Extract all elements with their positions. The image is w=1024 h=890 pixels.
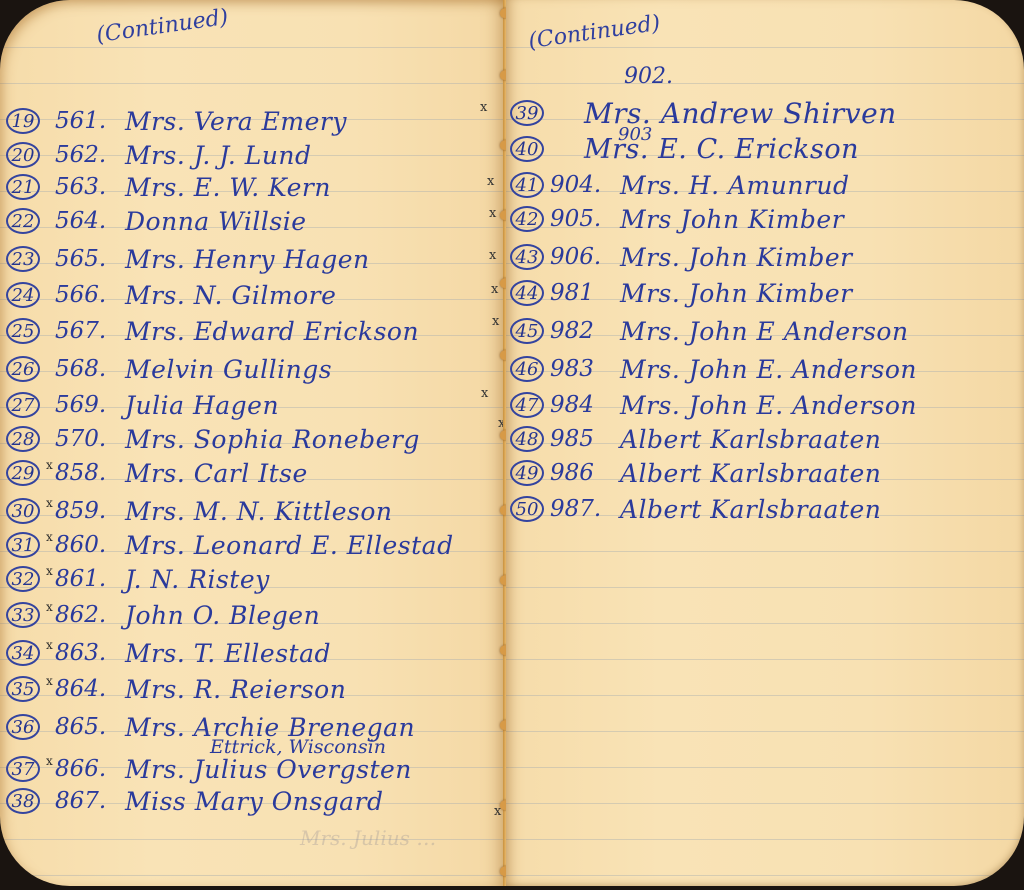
entry-name: Miss Mary Onsgard: [125, 787, 384, 816]
entry-name: Mrs. Leonard E. Ellestad: [125, 531, 454, 560]
check-x-mark: x: [487, 174, 494, 189]
check-x-mark: x: [489, 248, 496, 263]
entry-name: Albert Karlsbraaten: [620, 495, 881, 524]
entry-number: 981: [550, 280, 620, 306]
right-page: (Continued) 902. 39 Mrs. Andrew Shirven …: [506, 0, 1024, 886]
entry-number: 906.: [550, 244, 620, 270]
entry-number: 864.: [55, 676, 125, 702]
entry-name: Donna Willsie: [125, 207, 307, 236]
entry-row: 45 982 Mrs. John E Anderson: [510, 314, 909, 348]
entry-index: 34: [6, 640, 40, 666]
tick-mark: x: [46, 496, 54, 510]
entry-name: Mrs. H. Amunrud: [620, 171, 850, 200]
entry-row: 28 570. Mrs. Sophia Roneberg: [6, 422, 420, 456]
entry-name: Mrs. Sophia Roneberg: [125, 425, 420, 454]
entry-number: 861.: [55, 566, 125, 592]
entry-number: 563.: [55, 174, 125, 200]
entry-row: 47 984 Mrs. John E. Anderson: [510, 388, 917, 422]
entry-name: Mrs. Edward Erickson: [125, 317, 419, 346]
entry-number: 860.: [55, 532, 125, 558]
entry-row: 48 985 Albert Karlsbraaten: [510, 422, 881, 456]
entry-number: 858.: [55, 460, 125, 486]
entry-row: 22 564. Donna Willsie: [6, 204, 307, 238]
right-page-heading: (Continued): [527, 11, 662, 54]
entry-index: 31: [6, 532, 40, 558]
entry-name: John O. Blegen: [125, 601, 320, 630]
entry-index: 35: [6, 676, 40, 702]
entry-index: 25: [6, 318, 40, 344]
entry-index: 50: [510, 496, 544, 522]
tick-mark: x: [46, 458, 54, 472]
entry-name: Albert Karlsbraaten: [620, 459, 881, 488]
entry-name: Mrs. J. J. Lund: [125, 141, 312, 170]
tick-mark: x: [46, 674, 54, 688]
tick-mark: x: [46, 530, 54, 544]
entry-number: 859.: [55, 498, 125, 524]
entry-index: 49: [510, 460, 544, 486]
entry-index: 39: [510, 100, 544, 126]
entry-index: 47: [510, 392, 544, 418]
entry-row: 29 x 858. Mrs. Carl Itse: [6, 456, 308, 490]
entry-index: 43: [510, 244, 544, 270]
entry-index: 20: [6, 142, 40, 168]
entry-row: 31 x 860. Mrs. Leonard E. Ellestad: [6, 528, 454, 562]
entry-number: 863.: [55, 640, 125, 666]
entry-number: 569.: [55, 392, 125, 418]
entry-index: 29: [6, 460, 40, 486]
entry-row: 27 569. Julia Hagen: [6, 388, 279, 422]
entry-number: 567.: [55, 318, 125, 344]
entry-name: Mrs. R. Reierson: [125, 675, 346, 704]
entry-index: 33: [6, 602, 40, 628]
notebook-spread: (Continued) 19 561. Mrs. Vera Emery x 20…: [0, 0, 1024, 890]
entry-number: 985: [550, 426, 620, 452]
entry-row: 44 981 Mrs. John Kimber: [510, 276, 853, 310]
entry-number: 865.: [55, 714, 125, 740]
entry-index: 41: [510, 172, 544, 198]
check-x-mark: x: [481, 386, 488, 401]
entry-index: 24: [6, 282, 40, 308]
left-page-heading: (Continued): [95, 5, 230, 48]
entry-number: 564.: [55, 208, 125, 234]
entry-index: 48: [510, 426, 544, 452]
entry-row: 41 904. Mrs. H. Amunrud: [510, 168, 850, 202]
entry-number: 984: [550, 392, 620, 418]
entry-name: Mrs. E. C. Erickson: [584, 134, 859, 165]
entry-number: 561.: [55, 108, 125, 134]
entry-number: 983: [550, 356, 620, 382]
entry-index: 40: [510, 136, 544, 162]
entry-row: 20 562. Mrs. J. J. Lund: [6, 138, 312, 172]
entry-name: Mrs. N. Gilmore: [125, 281, 336, 310]
entry-row: 42 905. Mrs John Kimber: [510, 202, 844, 236]
entry-number: 562.: [55, 142, 125, 168]
entry-index: 46: [510, 356, 544, 382]
entry-row: 38 867. Miss Mary Onsgard: [6, 784, 384, 818]
entry-number: 568.: [55, 356, 125, 382]
entry-number-above: 902.: [624, 64, 673, 89]
entry-index: 28: [6, 426, 40, 452]
entry-row: 39 Mrs. Andrew Shirven: [510, 96, 897, 130]
entry-number: 862.: [55, 602, 125, 628]
entry-index: 45: [510, 318, 544, 344]
tick-mark: x: [46, 564, 54, 578]
entry-index: 32: [6, 566, 40, 592]
entry-index: 38: [6, 788, 40, 814]
entry-name: Mrs John Kimber: [620, 205, 844, 234]
entry-number: 986: [550, 460, 620, 486]
entry-name: Mrs. John Kimber: [620, 279, 853, 308]
entry-row: 25 567. Mrs. Edward Erickson: [6, 314, 419, 348]
tick-mark: x: [46, 754, 54, 768]
entry-row: 33 x 862. John O. Blegen: [6, 598, 320, 632]
entry-number: 987.: [550, 496, 620, 522]
entry-index: 23: [6, 246, 40, 272]
entry-name: Melvin Gullings: [125, 355, 332, 384]
check-x-mark: x: [491, 282, 498, 297]
entry-index: 30: [6, 498, 40, 524]
entry-index: 22: [6, 208, 40, 234]
entry-row: 23 565. Mrs. Henry Hagen: [6, 242, 370, 276]
entry-number: 905.: [550, 206, 620, 232]
check-x-mark: x: [492, 314, 499, 329]
entry-name: Mrs. T. Ellestad: [125, 639, 331, 668]
entry-name: Albert Karlsbraaten: [620, 425, 881, 454]
entry-row: 43 906. Mrs. John Kimber: [510, 240, 853, 274]
entry-number: 866.: [55, 756, 125, 782]
entry-row: 26 568. Melvin Gullings: [6, 352, 332, 386]
entry-number: 566.: [55, 282, 125, 308]
entry-row: 32 x 861. J. N. Ristey: [6, 562, 270, 596]
entry-index: 37: [6, 756, 40, 782]
entry-number: 570.: [55, 426, 125, 452]
tick-mark: x: [46, 638, 54, 652]
entry-name: J. N. Ristey: [125, 565, 270, 594]
entry-number: 565.: [55, 246, 125, 272]
entry-name: Mrs. Henry Hagen: [125, 245, 370, 274]
entry-row: 37 x 866. Mrs. Julius Overgsten: [6, 752, 412, 786]
entry-index: 44: [510, 280, 544, 306]
entry-name: Mrs. John E. Anderson: [620, 391, 917, 420]
entry-row: 24 566. Mrs. N. Gilmore: [6, 278, 336, 312]
entry-name: Mrs. John E. Anderson: [620, 355, 917, 384]
left-page: (Continued) 19 561. Mrs. Vera Emery x 20…: [0, 0, 506, 886]
entry-row: 35 x 864. Mrs. R. Reierson: [6, 672, 346, 706]
entry-name: Mrs. M. N. Kittleson: [125, 497, 392, 526]
entry-index: 26: [6, 356, 40, 382]
entry-name: Mrs. Julius Overgsten: [125, 755, 412, 784]
check-x-mark: x: [480, 100, 487, 115]
entry-number: 867.: [55, 788, 125, 814]
entry-index: 21: [6, 174, 40, 200]
entry-name: Mrs. John E Anderson: [620, 317, 909, 346]
entry-row: 46 983 Mrs. John E. Anderson: [510, 352, 917, 386]
entry-name: Mrs. E. W. Kern: [125, 173, 331, 202]
entry-name: Mrs. Vera Emery: [125, 107, 347, 136]
entry-index: 36: [6, 714, 40, 740]
entry-index: 42: [510, 206, 544, 232]
entry-row: 34 x 863. Mrs. T. Ellestad: [6, 636, 331, 670]
entry-row: 30 x 859. Mrs. M. N. Kittleson: [6, 494, 392, 528]
entry-index: 27: [6, 392, 40, 418]
entry-name: Mrs. John Kimber: [620, 243, 853, 272]
entry-name: Julia Hagen: [125, 391, 279, 420]
entry-number: 982: [550, 318, 620, 344]
entry-number: 904.: [550, 172, 620, 198]
entry-row: 21 563. Mrs. E. W. Kern: [6, 170, 331, 204]
check-x-mark: x: [489, 206, 496, 221]
entry-row: 40 Mrs. E. C. Erickson: [510, 132, 859, 166]
entry-index: 19: [6, 108, 40, 134]
entry-name: Mrs. Carl Itse: [125, 459, 308, 488]
entry-row: 49 986 Albert Karlsbraaten: [510, 456, 881, 490]
tick-mark: x: [46, 600, 54, 614]
entry-row: 50 987. Albert Karlsbraaten: [510, 492, 881, 526]
entry-row: 19 561. Mrs. Vera Emery: [6, 104, 347, 138]
bleed-through-text: Mrs. Julius …: [300, 826, 436, 850]
